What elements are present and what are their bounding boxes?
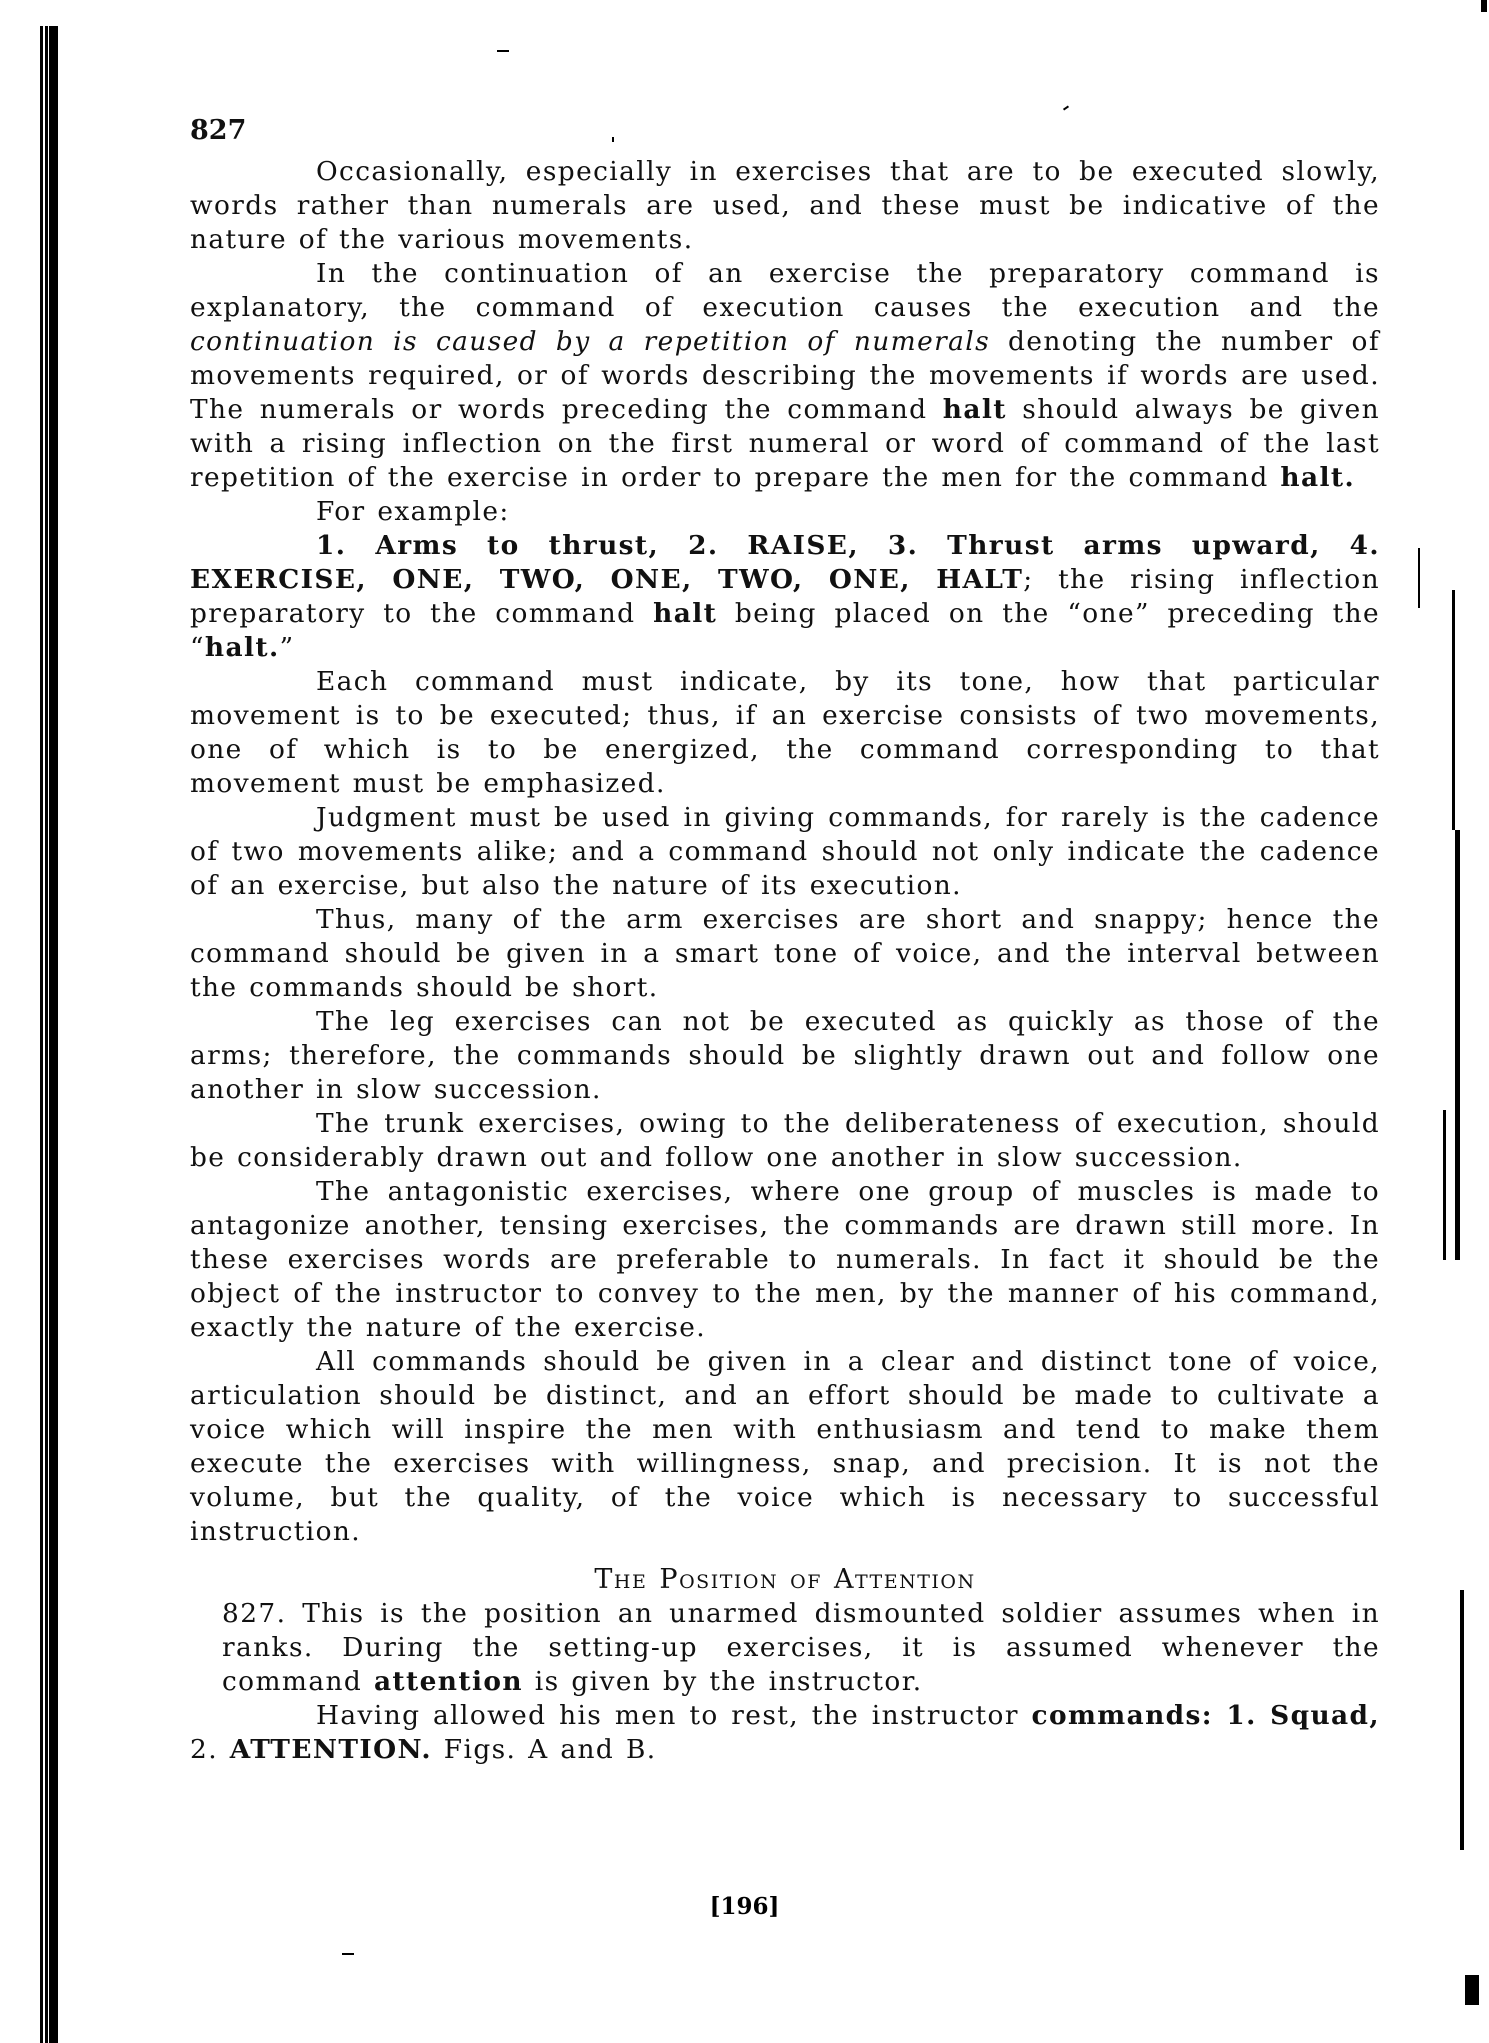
bold-term: attention xyxy=(374,1666,523,1697)
paragraph: 1. Arms to thrust, 2. RAISE, 3. Thrust a… xyxy=(190,529,1380,665)
scan-speck xyxy=(1465,1975,1479,2005)
bold-term: halt. xyxy=(205,632,280,663)
scan-speck xyxy=(1455,830,1460,1260)
scan-binding-edge xyxy=(40,26,58,2043)
paragraph: In the continuation of an exercise the p… xyxy=(190,257,1380,495)
bold-term: halt. xyxy=(1280,462,1355,493)
paragraph: Each command must indicate, by its tone,… xyxy=(190,665,1380,801)
italic-phrase: continuation is caused by a repetition o… xyxy=(190,326,990,357)
page-header-number: 827 xyxy=(190,115,1380,155)
scan-speck xyxy=(1418,548,1420,608)
paragraph: The antagonistic exercises, where one gr… xyxy=(190,1175,1380,1345)
paragraph: Judgment must be used in giving commands… xyxy=(190,801,1380,903)
paragraph: Occasionally, especially in exercises th… xyxy=(190,155,1380,257)
scan-speck xyxy=(497,50,509,52)
body-text: Occasionally, especially in exercises th… xyxy=(190,155,1380,1767)
bold-term: halt xyxy=(943,394,1007,425)
paragraph: The trunk exercises, owing to the delibe… xyxy=(190,1107,1380,1175)
scan-speck xyxy=(342,1953,354,1955)
bold-term: halt xyxy=(653,598,717,629)
paragraph-number: 827. xyxy=(222,1598,286,1629)
document-page: 827 Occasionally, especially in exercise… xyxy=(190,115,1380,1767)
paragraph: 827. This is the position an unarmed dis… xyxy=(190,1597,1380,1699)
scan-speck xyxy=(1443,1110,1446,1260)
paragraph: For example: xyxy=(190,495,1380,529)
bold-term: commands: 1. Squad, xyxy=(1031,1700,1380,1731)
scan-speck xyxy=(1481,0,1487,12)
scan-speck xyxy=(1063,105,1069,110)
paragraph: Thus, many of the arm exercises are shor… xyxy=(190,903,1380,1005)
bold-term: ATTENTION. xyxy=(230,1734,432,1765)
scan-speck xyxy=(1460,1590,1464,1850)
paragraph: The leg exercises can not be executed as… xyxy=(190,1005,1380,1107)
page-footer-number: [196] xyxy=(0,1893,1489,1920)
paragraph: Having allowed his men to rest, the inst… xyxy=(190,1699,1380,1767)
scan-speck xyxy=(1452,590,1455,830)
section-heading: The Position of Attention xyxy=(190,1563,1380,1597)
paragraph: All commands should be given in a clear … xyxy=(190,1345,1380,1549)
